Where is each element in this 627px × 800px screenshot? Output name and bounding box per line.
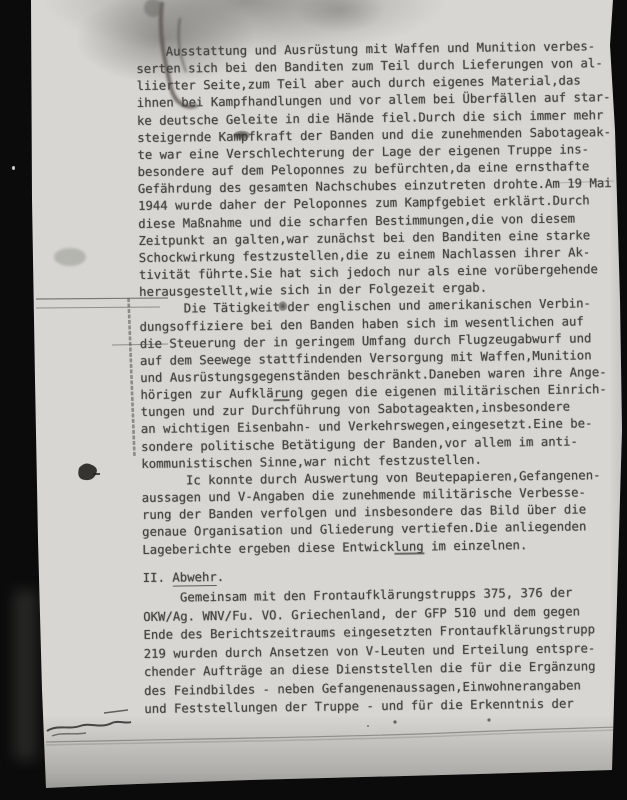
typewriter-overstrike-blot xyxy=(278,301,287,311)
section-numeral: II. xyxy=(143,571,173,585)
film-border-smudge xyxy=(14,590,36,760)
abwehr-paragraph: Gemeinsam mit den Frontaufklärungstrupps… xyxy=(143,583,596,718)
typed-underline-fragment xyxy=(273,399,289,401)
section-title: Abwehr xyxy=(172,570,217,587)
typewritten-text: Ausstattung und Ausrüstung mit Waffen un… xyxy=(136,38,627,764)
section-heading-abwehr: II. Abwehr. xyxy=(143,569,225,587)
main-paragraphs: Ausstattung und Ausrüstung mit Waffen un… xyxy=(136,38,616,559)
pencil-margin-stroke xyxy=(129,298,135,457)
section-period: . xyxy=(217,570,225,584)
microfilm-frame: Ausstattung und Ausrüstung mit Waffen un… xyxy=(0,0,627,800)
pencil-scribble xyxy=(47,722,131,731)
document-page: Ausstattung und Ausrüstung mit Waffen un… xyxy=(0,0,627,800)
film-speck xyxy=(12,166,15,170)
ink-blot xyxy=(78,464,97,481)
smudge xyxy=(54,248,86,266)
